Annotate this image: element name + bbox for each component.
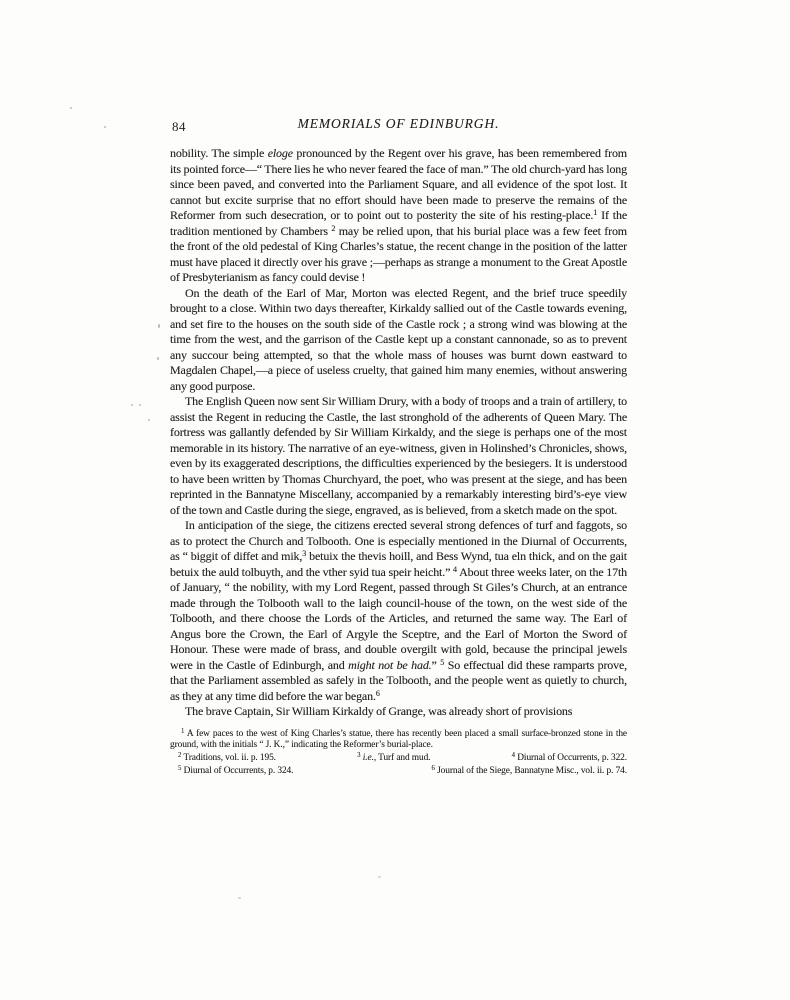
- page-content: 84 MEMORIALS OF EDINBURGH. nobility. The…: [170, 116, 627, 778]
- text-run: On the death of the Earl of Mar, Morton …: [170, 286, 627, 393]
- footnote-marker: 3: [357, 752, 360, 759]
- footnotes: 1 A few paces to the west of King Charle…: [170, 729, 627, 778]
- text-run: Turf and mud.: [376, 753, 430, 763]
- footnote: 5 Diurnal of Occurrents, p. 324.: [178, 766, 293, 778]
- page-header: 84 MEMORIALS OF EDINBURGH.: [170, 116, 627, 134]
- footnote-reference: 2: [331, 224, 335, 233]
- italic-text: eloge: [268, 146, 293, 160]
- footnote-reference: 4: [453, 565, 457, 574]
- scan-speck: [104, 126, 106, 128]
- text-run: ”: [432, 658, 441, 672]
- footnote-reference: 1: [593, 208, 597, 217]
- footnote-row: 5 Diurnal of Occurrents, p. 324.6 Journa…: [170, 766, 627, 778]
- running-head: MEMORIALS OF EDINBURGH.: [170, 116, 627, 132]
- paragraph: The brave Captain, Sir William Kirkaldy …: [170, 704, 627, 720]
- footnote: 1 A few paces to the west of King Charle…: [170, 729, 627, 751]
- footnote-marker: 2: [178, 752, 181, 759]
- italic-text: might not be had.: [348, 658, 431, 672]
- footnote-reference: 3: [302, 549, 306, 558]
- footnote-reference: 6: [376, 689, 380, 698]
- scan-speck: [148, 419, 150, 421]
- body-text: nobility. The simple eloge pronounced by…: [170, 146, 627, 720]
- page-number: 84: [172, 119, 186, 135]
- footnote-marker: 5: [178, 765, 181, 772]
- book-page: 84 MEMORIALS OF EDINBURGH. nobility. The…: [0, 0, 790, 1000]
- text-run: The brave Captain, Sir William Kirkaldy …: [185, 704, 572, 718]
- footnote: 3 i.e., Turf and mud.: [357, 753, 430, 765]
- scan-speck: [131, 404, 133, 406]
- footnote: 4 Diurnal of Occurrents, p. 322.: [512, 753, 627, 765]
- paragraph: The English Queen now sent Sir William D…: [170, 394, 627, 518]
- scan-speck: [157, 357, 159, 360]
- text-run: nobility. The simple: [170, 146, 268, 160]
- text-run: Journal of the Siege, Bannatyne Misc., v…: [437, 766, 627, 776]
- text-run: Diurnal of Occurrents, p. 322.: [517, 753, 627, 763]
- footnote-reference: 5: [440, 658, 444, 667]
- scan-speck: [70, 107, 72, 109]
- scan-speck: [238, 897, 241, 899]
- text-run: A few paces to the west of King Charles’…: [170, 729, 627, 751]
- footnote-row: 1 A few paces to the west of King Charle…: [170, 729, 627, 753]
- footnote-row: 2 Traditions, vol. ii. p. 195.3 i.e., Tu…: [170, 753, 627, 765]
- scan-speck: [378, 876, 381, 878]
- paragraph: On the death of the Earl of Mar, Morton …: [170, 286, 627, 395]
- scan-speck: [158, 324, 160, 328]
- text-run: Diurnal of Occurrents, p. 324.: [184, 766, 294, 776]
- footnote-marker: 6: [431, 765, 434, 772]
- paragraph: nobility. The simple eloge pronounced by…: [170, 146, 627, 286]
- text-run: About three weeks later, on the 17th of …: [170, 565, 627, 672]
- text-run: The English Queen now sent Sir William D…: [170, 394, 627, 517]
- footnote-marker: 1: [181, 728, 184, 735]
- footnote: 2 Traditions, vol. ii. p. 195.: [178, 753, 276, 765]
- paragraph: In anticipation of the siege, the citize…: [170, 518, 627, 704]
- text-run: Traditions, vol. ii. p. 195.: [183, 753, 275, 763]
- scan-speck: [139, 404, 141, 406]
- italic-text: i.e.,: [363, 753, 376, 763]
- footnote: 6 Journal of the Siege, Bannatyne Misc.,…: [431, 766, 627, 778]
- footnote-marker: 4: [512, 752, 515, 759]
